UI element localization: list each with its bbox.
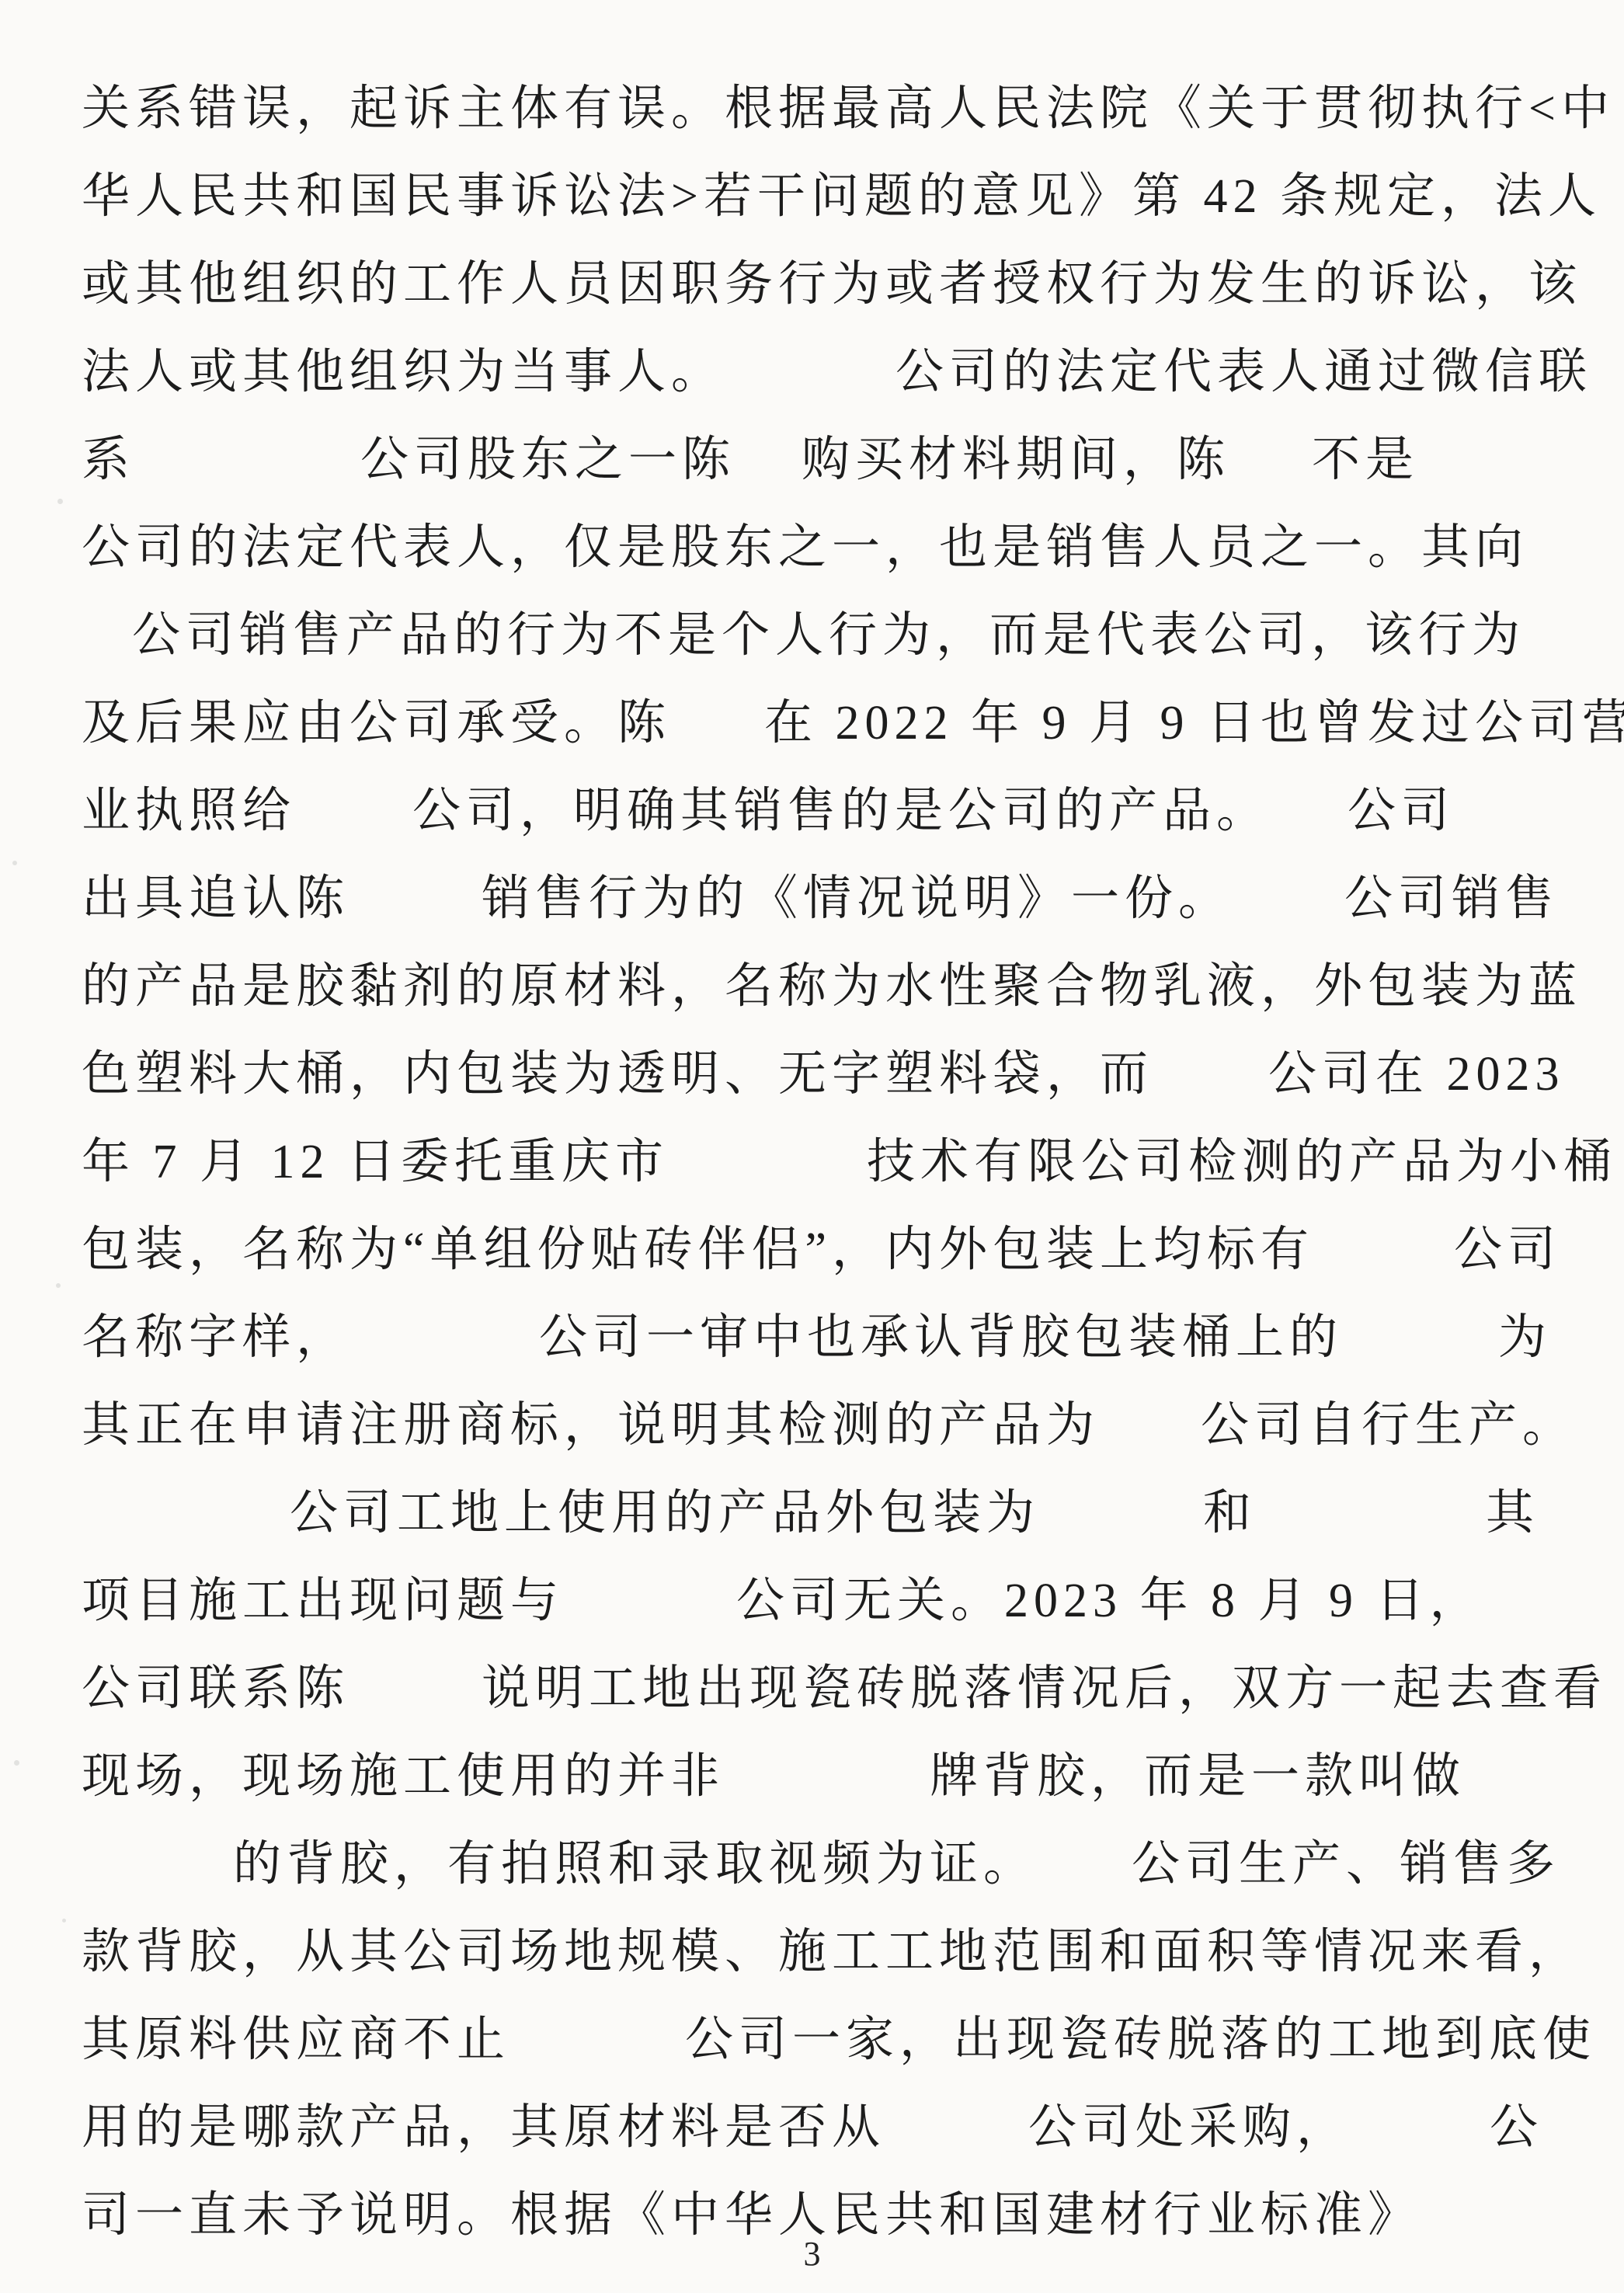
text-run: 其 [1486, 1487, 1539, 1540]
text-run: 华人民共和国民事诉讼法>若干问题的意见》第 42 条规定，法人 [82, 170, 1601, 223]
text-run: 其正在申请注册商标，说明其检测的产品为 [82, 1399, 1100, 1452]
text-run: 公司 [1348, 785, 1455, 837]
redaction-gap [1040, 1521, 1203, 1529]
text-run: 公司自行生产。 [1201, 1399, 1576, 1452]
text-line: 款背胶，从其公司场地规模、施工工地范围和面积等情况来看， [82, 1909, 1596, 1996]
text-run: 关系错误，起诉主体有误。根据最高人民法院《关于贯彻执行<中 [82, 82, 1615, 135]
text-line: 年 7 月 12 日委托重庆市技术有限公司检测的产品为小桶 [82, 1119, 1596, 1206]
redaction-gap [82, 643, 132, 651]
redaction-gap [1270, 819, 1348, 826]
page-number: 3 [0, 2231, 1624, 2277]
text-line: 公司工地上使用的产品外包装为和其 [82, 1470, 1596, 1557]
scan-speckle [12, 861, 17, 865]
text-run: 业执照给 [82, 785, 296, 837]
text-run: 包装，名称为“单组份贴砖伴侣”，内外包装上均标有 [82, 1223, 1314, 1276]
text-run: 技术有限公司检测的产品为小桶 [867, 1136, 1617, 1188]
scan-speckle [14, 1760, 19, 1766]
text-line: 或其他组织的工作人员因职务行为或者授权行为发生的诉讼，该 [82, 241, 1596, 329]
redaction-gap [885, 2135, 1028, 2143]
text-run: 公 [1490, 2101, 1543, 2154]
text-line: 业执照给公司，明确其销售的是公司的产品。公司 [82, 767, 1596, 855]
redaction-gap [1343, 1345, 1498, 1353]
text-line: 法人或其他组织为当事人。公司的法定代表人通过微信联 [82, 329, 1596, 416]
text-run: 公司股东之一陈 [360, 433, 735, 486]
text-run: 公司联系陈 [82, 1662, 349, 1715]
text-run: 出具追认陈 [82, 872, 349, 925]
text-line: 其正在申请注册商标，说明其检测的产品为公司自行生产。 [82, 1382, 1596, 1470]
text-run: 公司一审中也承认背胶包装桶上的 [539, 1311, 1343, 1364]
text-run: 公司，明确其销售的是公司的产品。 [412, 785, 1270, 837]
redaction-gap [671, 731, 764, 739]
text-run: 其原料供应商不止 [82, 2013, 510, 2066]
scan-speckle [56, 1283, 61, 1288]
text-run: 法人或其他组织为当事人。 [82, 346, 725, 398]
text-run: 款背胶，从其公司场地规模、施工工地范围和面积等情况来看， [82, 1926, 1582, 1978]
text-run: 用的是哪款产品，其原材料是否从 [82, 2101, 885, 2154]
text-run: 年 7 月 12 日委托重庆市 [82, 1136, 669, 1188]
text-line: 名称字样，公司一审中也承认背胶包装桶上的为 [82, 1294, 1596, 1382]
text-line: 现场，现场施工使用的并非牌背胶，而是一款叫做 [82, 1733, 1596, 1821]
text-run: 名称字样， [82, 1311, 349, 1364]
redaction-gap [1314, 1258, 1454, 1265]
redaction-gap [725, 1784, 930, 1792]
redaction-gap [1350, 2135, 1490, 2143]
redaction-gap [349, 1345, 539, 1353]
redaction-gap [296, 819, 412, 826]
redaction-gap [1100, 1433, 1201, 1441]
redaction-gap [1153, 1082, 1268, 1090]
text-run: 公司销售产品的行为不是个人行为，而是代表公司，该行为 [132, 609, 1525, 662]
text-line: 系公司股东之一陈购买材料期间，陈不是 [82, 416, 1596, 504]
text-run: 不是 [1312, 433, 1419, 486]
text-run: 公司 [1454, 1223, 1561, 1276]
text-line: 色塑料大桶，内包装为透明、无字塑料袋，而公司在 2023 [82, 1031, 1596, 1119]
text-line: 公司销售产品的行为不是个人行为，而是代表公司，该行为 [82, 592, 1596, 680]
text-run: 或其他组织的工作人员因职务行为或者授权行为发生的诉讼，该 [82, 258, 1582, 311]
text-line: 用的是哪款产品，其原材料是否从公司处采购，公 [82, 2084, 1596, 2172]
text-line: 华人民共和国民事诉讼法>若干问题的意见》第 42 条规定，法人 [82, 153, 1596, 241]
text-line: 的产品是胶黏剂的原材料，名称为水性聚合物乳液，外包装为蓝 [82, 943, 1596, 1031]
scan-speckle [57, 499, 63, 504]
text-run: 公司的法定代表人通过微信联 [895, 346, 1592, 398]
text-run: 及后果应由公司承受。陈 [82, 697, 671, 750]
text-run: 公司一家，出现瓷砖脱落的工地到底使 [685, 2013, 1596, 2066]
text-run: 为 [1498, 1311, 1552, 1364]
redaction-gap [725, 380, 895, 388]
document-body: 关系错误，起诉主体有误。根据最高人民法院《关于贯彻执行<中华人民共和国民事诉讼法… [82, 65, 1596, 2260]
redaction-gap [564, 1609, 736, 1616]
text-run: 购买材料期间，陈 [802, 433, 1230, 486]
text-run: 项目施工出现问题与 [82, 1574, 564, 1627]
text-run: 公司工地上使用的产品外包装为 [290, 1487, 1040, 1540]
text-run: 系 [82, 433, 135, 486]
redaction-gap [1257, 1521, 1486, 1529]
text-run: 现场，现场施工使用的并非 [82, 1750, 725, 1803]
text-line: 的背胶，有拍照和录取视频为证。公司生产、销售多 [82, 1821, 1596, 1909]
redaction-gap [510, 2048, 685, 2055]
redaction-gap [349, 1696, 482, 1704]
redaction-gap [735, 468, 802, 475]
text-run: 和 [1203, 1487, 1257, 1540]
text-run: 在 2022 年 9 月 9 日也曾发过公司营 [764, 697, 1624, 750]
redaction-gap [1230, 468, 1312, 475]
redaction-gap [1037, 1872, 1132, 1880]
text-line: 公司联系陈说明工地出现瓷砖脱落情况后，双方一起去查看 [82, 1645, 1596, 1733]
text-run: 的产品是胶黏剂的原材料，名称为水性聚合物乳液，外包装为蓝 [82, 960, 1582, 1013]
text-run: 牌背胶，而是一款叫做 [930, 1750, 1466, 1803]
text-run: 公司处采购， [1028, 2101, 1350, 2154]
redaction-gap [349, 906, 482, 914]
text-line: 公司的法定代表人，仅是股东之一，也是销售人员之一。其向 [82, 504, 1596, 592]
redaction-gap [1232, 906, 1344, 914]
scanned-document-page: 关系错误，起诉主体有误。根据最高人民法院《关于贯彻执行<中华人民共和国民事诉讼法… [0, 0, 1624, 2293]
text-run: 销售行为的《情况说明》一份。 [482, 872, 1232, 925]
text-line: 出具追认陈销售行为的《情况说明》一份。公司销售 [82, 855, 1596, 943]
redaction-gap [669, 1170, 867, 1178]
text-line: 关系错误，起诉主体有误。根据最高人民法院《关于贯彻执行<中 [82, 65, 1596, 153]
text-line: 其原料供应商不止公司一家，出现瓷砖脱落的工地到底使 [82, 1996, 1596, 2084]
text-run: 说明工地出现瓷砖脱落情况后，双方一起去查看 [482, 1662, 1607, 1715]
text-run: 的背胶，有拍照和录取视频为证。 [233, 1838, 1037, 1891]
redaction-gap [82, 1521, 290, 1529]
redaction-gap [82, 1872, 233, 1880]
text-run: 公司生产、销售多 [1132, 1838, 1560, 1891]
text-run: 色塑料大桶，内包装为透明、无字塑料袋，而 [82, 1048, 1153, 1101]
scan-speckle [62, 1919, 66, 1922]
text-line: 包装，名称为“单组份贴砖伴侣”，内外包装上均标有公司 [82, 1206, 1596, 1294]
redaction-gap [135, 468, 360, 475]
text-line: 及后果应由公司承受。陈在 2022 年 9 月 9 日也曾发过公司营 [82, 680, 1596, 767]
text-line: 项目施工出现问题与公司无关。2023 年 8 月 9 日， [82, 1557, 1596, 1645]
text-run: 公司在 2023 [1268, 1048, 1565, 1101]
text-run: 公司无关。2023 年 8 月 9 日， [736, 1574, 1483, 1627]
text-run: 公司的法定代表人，仅是股东之一，也是销售人员之一。其向 [82, 521, 1528, 574]
text-run: 公司销售 [1344, 872, 1559, 925]
